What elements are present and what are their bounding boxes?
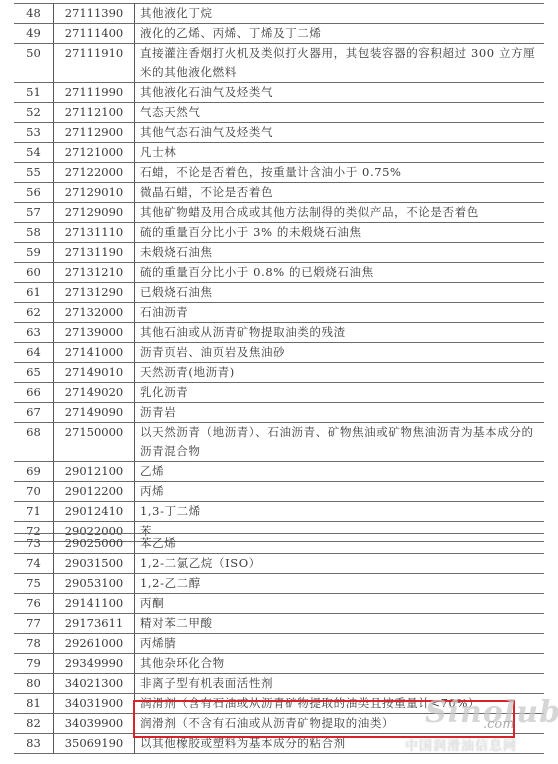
description-cell: 硫的重量百分比小于 3% 的未煅烧石油焦 — [135, 223, 545, 243]
table-row: 8234039900润滑剂（不含有石油或从沥青矿物提取的油类） — [14, 714, 544, 734]
description-cell: 沥青页岩、油页岩及焦油砂 — [135, 343, 545, 363]
row-number-cell: 48 — [14, 4, 54, 24]
row-number-cell: 73 — [14, 534, 54, 554]
table-row: 5827131110硫的重量百分比小于 3% 的未煅烧石油焦 — [14, 223, 544, 243]
hs-code-cell: 27131290 — [54, 283, 135, 303]
description-cell: 1,2-乙二醇 — [135, 574, 545, 594]
row-number-cell: 49 — [14, 24, 54, 44]
table-body: 4827111390其他液化丁烷4927111400液化的乙烯、丙烯、丁烯及丁二… — [14, 4, 544, 542]
description-cell: 乳化沥青 — [135, 383, 545, 403]
description-cell: 润滑剂（不含有石油或从沥青矿物提取的油类） — [135, 714, 545, 734]
hs-code-cell: 27111910 — [54, 44, 135, 83]
table-row: 8335069190以其他橡胶或塑料为基本成分的粘合剂 — [14, 734, 544, 754]
hs-code-cell: 27149010 — [54, 363, 135, 383]
row-number-cell: 76 — [14, 594, 54, 614]
hs-code-cell: 27132000 — [54, 303, 135, 323]
table-row: 6527149010天然沥青(地沥青) — [14, 363, 544, 383]
row-number-cell: 62 — [14, 303, 54, 323]
row-number-cell: 54 — [14, 143, 54, 163]
description-cell: 硫的重量百分比小于 0.8% 的已煅烧石油焦 — [135, 263, 545, 283]
hs-code-cell: 29141100 — [54, 594, 135, 614]
row-number-cell: 83 — [14, 734, 54, 754]
hs-code-cell: 29025000 — [54, 534, 135, 554]
row-number-cell: 63 — [14, 323, 54, 343]
description-cell: 凡士林 — [135, 143, 545, 163]
description-cell: 非离子型有机表面活性剂 — [135, 674, 545, 694]
table-row: 6727149090沥青岩 — [14, 403, 544, 423]
row-number-cell: 77 — [14, 614, 54, 634]
table-body: 7329025000苯乙烯74290315001,2-二氯乙烷（ISO）7529… — [14, 534, 544, 754]
hs-code-cell: 29012410 — [54, 502, 135, 522]
table-row: 75290531001,2-乙二醇 — [14, 574, 544, 594]
row-number-cell: 64 — [14, 343, 54, 363]
hs-code-cell: 27129090 — [54, 203, 135, 223]
description-cell: 石蜡，不论是否着色，按重量计含油小于 0.75% — [135, 163, 545, 183]
description-cell: 其他石油或从沥青矿物提取油类的残渣 — [135, 323, 545, 343]
hs-code-cell: 29031500 — [54, 554, 135, 574]
description-cell: 液化的乙烯、丙烯、丁烯及丁二烯 — [135, 24, 545, 44]
description-cell: 直接灌注香烟打火机及类似打火器用，其包装容器的容积超过 300 立方厘米的其他液… — [135, 44, 545, 83]
table-row: 7629141100丙酮 — [14, 594, 544, 614]
table-row: 6227132000石油沥青 — [14, 303, 544, 323]
row-number-cell: 55 — [14, 163, 54, 183]
hs-code-cell: 27129010 — [54, 183, 135, 203]
table-row: 8034021300非离子型有机表面活性剂 — [14, 674, 544, 694]
description-cell: 气态天然气 — [135, 103, 545, 123]
table-row: 4927111400液化的乙烯、丙烯、丁烯及丁二烯 — [14, 24, 544, 44]
table-row: 71290124101,3-丁二烯 — [14, 502, 544, 522]
description-cell: 其他气态石油气及烃类气 — [135, 123, 545, 143]
row-number-cell: 50 — [14, 44, 54, 83]
description-cell: 精对苯二甲酸 — [135, 614, 545, 634]
table-row: 7029012200丙烯 — [14, 482, 544, 502]
row-number-cell: 78 — [14, 634, 54, 654]
hs-code-cell: 27131110 — [54, 223, 135, 243]
hs-code-cell: 29012100 — [54, 462, 135, 482]
hs-code-cell: 27131190 — [54, 243, 135, 263]
table-row: 5227112100气态天然气 — [14, 103, 544, 123]
hs-code-cell: 29053100 — [54, 574, 135, 594]
table-row: 6827150000以天然沥青（地沥青）、石油沥青、矿物焦油或矿物焦油沥青为基本… — [14, 423, 544, 462]
hs-code-cell: 34021300 — [54, 674, 135, 694]
row-number-cell: 53 — [14, 123, 54, 143]
description-cell: 其他液化石油气及烃类气 — [135, 83, 545, 103]
hs-code-cell: 27112100 — [54, 103, 135, 123]
row-number-cell: 65 — [14, 363, 54, 383]
description-cell: 天然沥青(地沥青) — [135, 363, 545, 383]
hs-code-cell: 27112900 — [54, 123, 135, 143]
row-number-cell: 61 — [14, 283, 54, 303]
description-cell: 丙烯腈 — [135, 634, 545, 654]
description-cell: 苯乙烯 — [135, 534, 545, 554]
table-row: 7929349990其他杂环化合物 — [14, 654, 544, 674]
row-number-cell: 51 — [14, 83, 54, 103]
hs-code-cell: 27150000 — [54, 423, 135, 462]
hs-code-cell: 35069190 — [54, 734, 135, 754]
table-row: 8134031900润滑剂（含有石油或从沥青矿物提取的油类且按重量计<70%） — [14, 694, 544, 714]
row-number-cell: 59 — [14, 243, 54, 263]
hs-code-cell: 29012200 — [54, 482, 135, 502]
hs-code-cell: 27111390 — [54, 4, 135, 24]
row-number-cell: 67 — [14, 403, 54, 423]
description-cell: 丙酮 — [135, 594, 545, 614]
description-cell: 丙烯 — [135, 482, 545, 502]
hs-code-cell: 27121000 — [54, 143, 135, 163]
table-row: 7829261000丙烯腈 — [14, 634, 544, 654]
hs-code-cell: 27111990 — [54, 83, 135, 103]
hs-code-cell: 27149090 — [54, 403, 135, 423]
row-number-cell: 74 — [14, 554, 54, 574]
table-row: 6327139000其他石油或从沥青矿物提取油类的残渣 — [14, 323, 544, 343]
table-row: 74290315001,2-二氯乙烷（ISO） — [14, 554, 544, 574]
row-number-cell: 58 — [14, 223, 54, 243]
hs-code-cell: 27141000 — [54, 343, 135, 363]
table-row: 5027111910直接灌注香烟打火机及类似打火器用，其包装容器的容积超过 30… — [14, 44, 544, 83]
table-row: 5527122000石蜡，不论是否着色，按重量计含油小于 0.75% — [14, 163, 544, 183]
table-row: 5727129090其他矿物蜡及用合成或其他方法制得的类似产品，不论是否着色 — [14, 203, 544, 223]
description-cell: 1,3-丁二烯 — [135, 502, 545, 522]
hs-code-cell: 27149020 — [54, 383, 135, 403]
tariff-table-segment-1: 4827111390其他液化丁烷4927111400液化的乙烯、丙烯、丁烯及丁二… — [14, 3, 544, 542]
description-cell: 其他矿物蜡及用合成或其他方法制得的类似产品，不论是否着色 — [135, 203, 545, 223]
table-row: 6929012100乙烯 — [14, 462, 544, 482]
hs-code-cell: 27131210 — [54, 263, 135, 283]
hs-code-cell: 29261000 — [54, 634, 135, 654]
row-number-cell: 69 — [14, 462, 54, 482]
table-row: 6427141000沥青页岩、油页岩及焦油砂 — [14, 343, 544, 363]
row-number-cell: 75 — [14, 574, 54, 594]
row-number-cell: 81 — [14, 694, 54, 714]
table-row: 4827111390其他液化丁烷 — [14, 4, 544, 24]
row-number-cell: 68 — [14, 423, 54, 462]
hs-code-cell: 27122000 — [54, 163, 135, 183]
table-row: 5627129010微晶石蜡，不论是否着色 — [14, 183, 544, 203]
row-number-cell: 52 — [14, 103, 54, 123]
description-cell: 未煅烧石油焦 — [135, 243, 545, 263]
hs-code-cell: 29173611 — [54, 614, 135, 634]
tariff-table-segment-2: 7329025000苯乙烯74290315001,2-二氯乙烷（ISO）7529… — [14, 533, 544, 754]
table-row: 6127131290已煅烧石油焦 — [14, 283, 544, 303]
row-number-cell: 82 — [14, 714, 54, 734]
description-cell: 其他液化丁烷 — [135, 4, 545, 24]
description-cell: 乙烯 — [135, 462, 545, 482]
row-number-cell: 71 — [14, 502, 54, 522]
table-row: 7729173611精对苯二甲酸 — [14, 614, 544, 634]
description-cell: 其他杂环化合物 — [135, 654, 545, 674]
hs-code-cell: 34031900 — [54, 694, 135, 714]
hs-code-cell: 27111400 — [54, 24, 135, 44]
table-row: 5327112900其他气态石油气及烃类气 — [14, 123, 544, 143]
row-number-cell: 70 — [14, 482, 54, 502]
description-cell: 润滑剂（含有石油或从沥青矿物提取的油类且按重量计<70%） — [135, 694, 545, 714]
description-cell: 1,2-二氯乙烷（ISO） — [135, 554, 545, 574]
table-row: 5127111990其他液化石油气及烃类气 — [14, 83, 544, 103]
hs-code-cell: 27139000 — [54, 323, 135, 343]
table-row: 5927131190未煅烧石油焦 — [14, 243, 544, 263]
description-cell: 沥青岩 — [135, 403, 545, 423]
description-cell: 以天然沥青（地沥青）、石油沥青、矿物焦油或矿物焦油沥青为基本成分的沥青混合物 — [135, 423, 545, 462]
hs-code-cell: 29349990 — [54, 654, 135, 674]
hs-code-cell: 34039900 — [54, 714, 135, 734]
description-cell: 已煅烧石油焦 — [135, 283, 545, 303]
table-row: 5427121000凡士林 — [14, 143, 544, 163]
row-number-cell: 57 — [14, 203, 54, 223]
row-number-cell: 79 — [14, 654, 54, 674]
description-cell: 以其他橡胶或塑料为基本成分的粘合剂 — [135, 734, 545, 754]
description-cell: 微晶石蜡，不论是否着色 — [135, 183, 545, 203]
row-number-cell: 56 — [14, 183, 54, 203]
table-row: 6627149020乳化沥青 — [14, 383, 544, 403]
description-cell: 石油沥青 — [135, 303, 545, 323]
table-row: 7329025000苯乙烯 — [14, 534, 544, 554]
table-row: 6027131210硫的重量百分比小于 0.8% 的已煅烧石油焦 — [14, 263, 544, 283]
row-number-cell: 60 — [14, 263, 54, 283]
row-number-cell: 80 — [14, 674, 54, 694]
row-number-cell: 66 — [14, 383, 54, 403]
